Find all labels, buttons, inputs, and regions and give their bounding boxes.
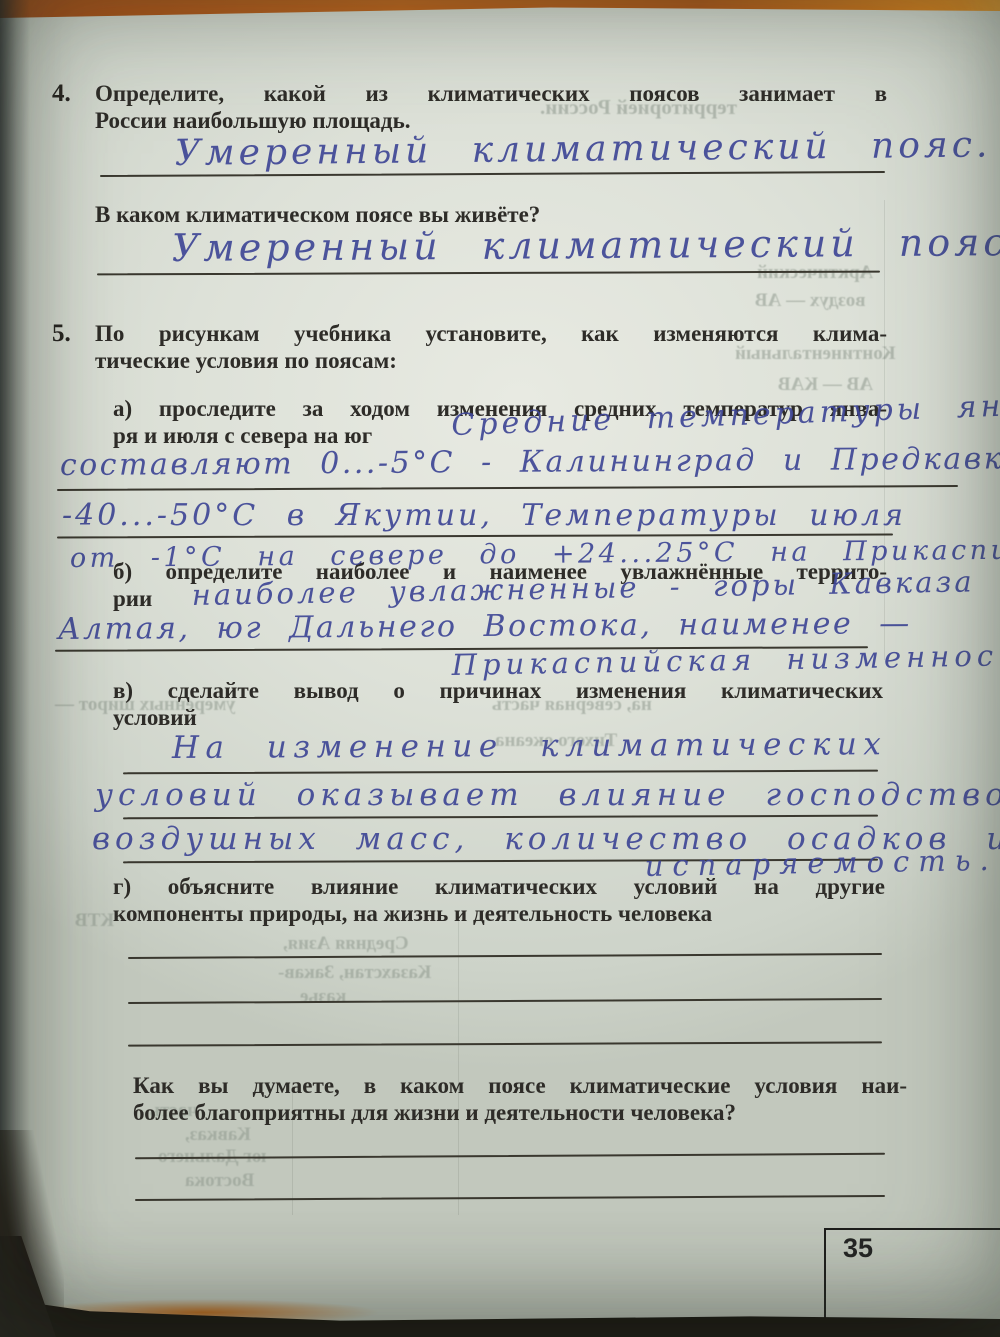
item-g-line2: компоненты природы, на жизнь и деятельно… [113, 900, 885, 927]
handwritten-v-line2: условий оказывает влияние господство [95, 777, 1000, 813]
question-5-number: 5. [52, 320, 71, 348]
final-question-line1: Как вы думаете, в каком поясе климатичес… [133, 1072, 907, 1099]
workbook-page: территорией России. Арктический воздух —… [0, 0, 1000, 1337]
blank-line [128, 1041, 882, 1046]
ghost-text: АВ — КАВ [778, 374, 873, 396]
final-question-line2: более благоприятны для жизни и деятельно… [133, 1099, 907, 1126]
ghost-text: Казахстан, Закав- [278, 962, 431, 984]
answer-line [123, 770, 878, 775]
handwritten-a-line3: -40...-50°С в Якутии, Температуры июля [62, 498, 906, 533]
handwritten-v-line1: На изменение климатических [172, 726, 888, 766]
book-cover-edge-top [0, 0, 1000, 22]
question-5-line1: По рисункам учебника установите, как изм… [95, 320, 887, 347]
ghost-text: казье [300, 986, 346, 1008]
ghost-text: КТВ [75, 910, 114, 932]
handwritten-b-line3: Прикаспийская низменность. [451, 637, 1000, 682]
answer-line [57, 485, 958, 491]
page-number: 35 [843, 1233, 873, 1264]
ghost-text: воздух — АВ [755, 290, 865, 312]
page-number-box-top [824, 1228, 1000, 1230]
handwritten-a-line2: составляют 0...-5°С - Калининград и Пред… [60, 441, 1000, 483]
blank-line [128, 953, 882, 959]
handwritten-answer-q4-sub: Умеренный климатический пояс [172, 220, 1000, 270]
handwritten-v-line4: испаряемость. [644, 843, 998, 883]
question-5-line2: тические условия по поясам: [95, 347, 887, 374]
blank-line [135, 1195, 885, 1201]
handwritten-b-line2: Алтая, юг Дальнего Востока, наименее — [58, 606, 912, 647]
ghost-table-line [458, 920, 459, 1215]
question-4-line1: Определите, какой из климатических поясо… [95, 80, 887, 107]
question-4-number: 4. [52, 80, 71, 108]
ghost-text: Средняя Азия, [283, 933, 409, 955]
handwritten-answer-q4: Умеренный климатический пояс. [175, 124, 992, 174]
ghost-text: Востока [185, 1170, 254, 1192]
blank-line [128, 998, 882, 1004]
answer-line [123, 815, 878, 820]
ghost-text: Кавказ, [185, 1124, 251, 1146]
